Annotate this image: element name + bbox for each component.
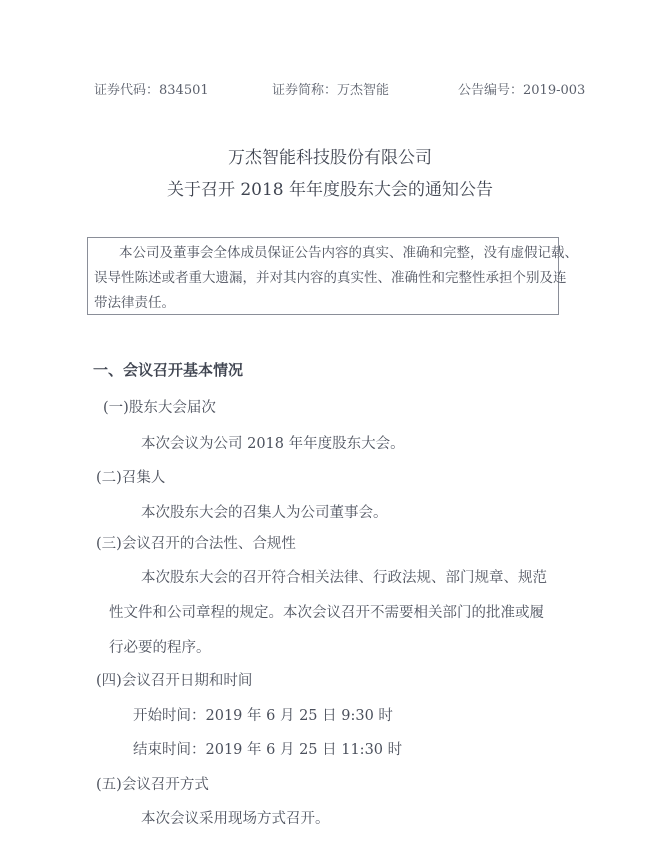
disclaimer-line-1: 本公司及董事会全体成员保证公告内容的真实、准确和完整，没有虚假记载、 — [119, 241, 578, 261]
disclaimer-line-3: 带法律责任。 — [94, 291, 175, 311]
subsection-heading-5: (五)会议召开方式 — [96, 773, 209, 794]
disclaimer-line-2: 误导性陈述或者重大遗漏，并对其内容的真实性、准确性和完整性承担个别及连 — [94, 266, 567, 286]
announcement-subject-title: 关于召开 2018 年年度股东大会的通知公告 — [0, 175, 660, 200]
meeting-start-time: 开始时间：2019 年 6 月 25 日 9:30 时 — [133, 704, 393, 725]
announcement-number: 公告编号：2019-003 — [458, 79, 585, 98]
subsection-body-3-line-3: 行必要的程序。 — [109, 636, 211, 657]
company-name-title: 万杰智能科技股份有限公司 — [0, 143, 660, 168]
subsection-body-3-line-1: 本次股东大会的召开符合相关法律、行政法规、部门规章、规范 — [141, 566, 547, 587]
subsection-heading-1: (一)股东大会届次 — [103, 396, 216, 417]
subsection-body-1: 本次会议为公司 2018 年年度股东大会。 — [141, 432, 405, 453]
stock-abbreviation: 证券简称：万杰智能 — [272, 79, 389, 98]
subsection-body-2: 本次股东大会的召集人为公司董事会。 — [141, 501, 388, 522]
subsection-heading-4: (四)会议召开日期和时间 — [96, 669, 252, 690]
subsection-heading-2: (二)召集人 — [96, 466, 165, 487]
stock-code: 证券代码：834501 — [94, 79, 209, 98]
meeting-end-time: 结束时间：2019 年 6 月 25 日 11:30 时 — [133, 738, 402, 759]
section-heading: 一、会议召开基本情况 — [93, 359, 243, 380]
subsection-body-5: 本次会议采用现场方式召开。 — [141, 807, 330, 828]
subsection-heading-3: (三)会议召开的合法性、合规性 — [96, 532, 296, 553]
subsection-body-3-line-2: 性文件和公司章程的规定。本次会议召开不需要相关部门的批准或履 — [109, 601, 544, 622]
